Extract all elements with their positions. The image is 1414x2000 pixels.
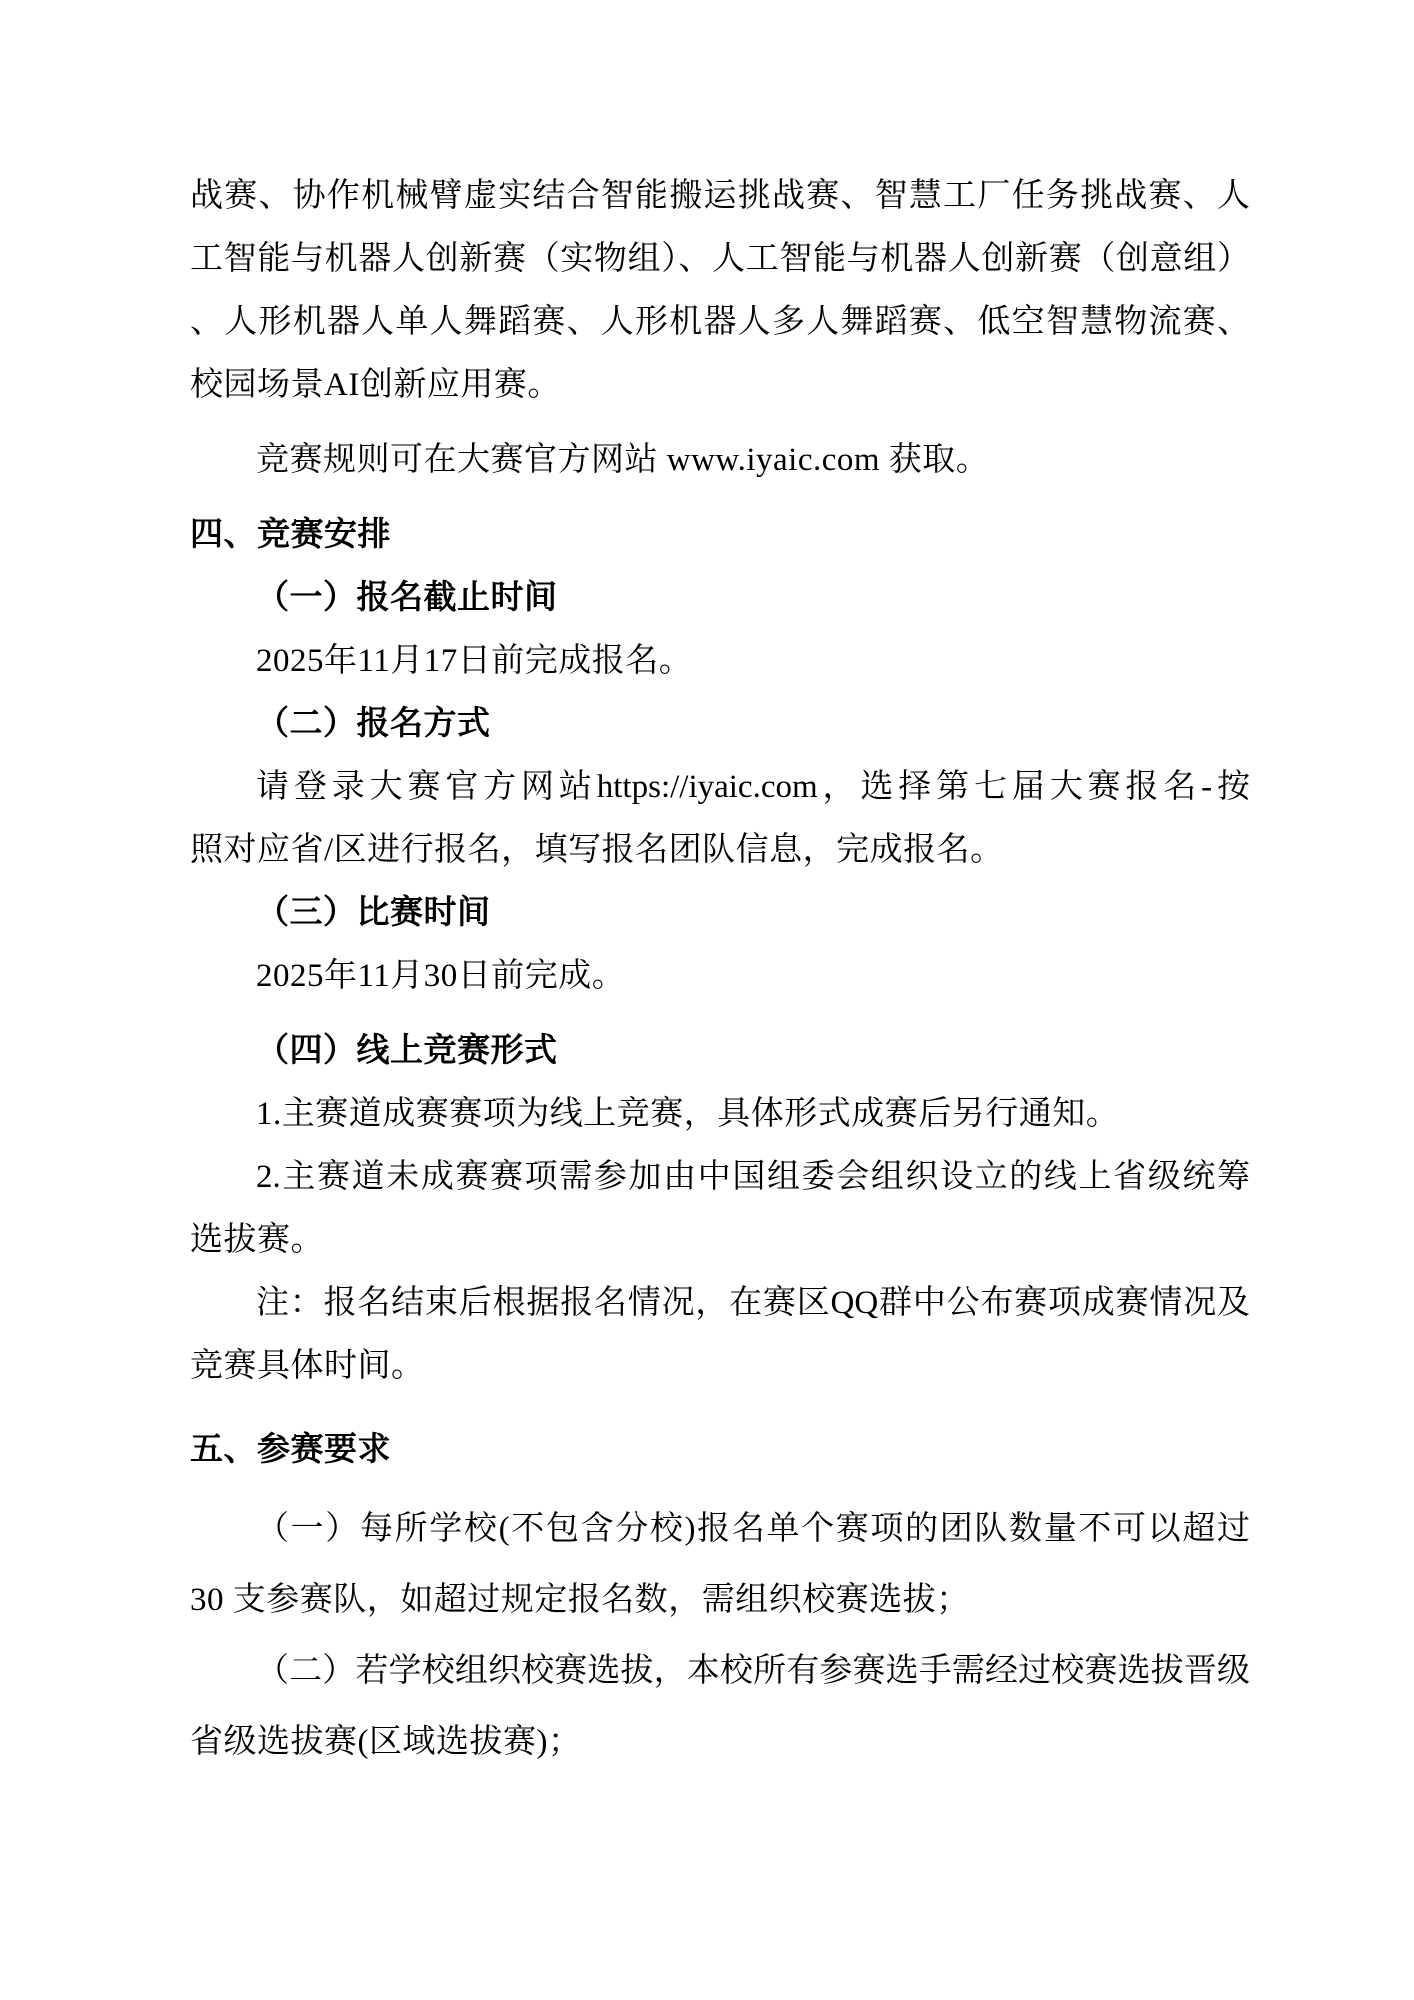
document-line: 1.主赛道成赛赛项为线上竞赛，具体形式成赛后另行通知。	[190, 1083, 1250, 1146]
section-subheading: （四）线上竞赛形式	[190, 1020, 1250, 1083]
document-line: 竞赛规则可在大赛官方网站 www.iyaic.com 获取。	[190, 429, 1250, 492]
document-line: （一）每所学校(不包含分校)报名单个赛项的团队数量不可以超过	[190, 1494, 1250, 1565]
document-line: 30 支参赛队，如超过规定报名数，需组织校赛选拔；	[190, 1565, 1250, 1636]
document-line: 选拔赛。	[190, 1209, 1250, 1272]
section-heading: 五、参赛要求	[190, 1419, 1250, 1482]
document-line: 战赛、协作机械臂虚实结合智能搬运挑战赛、智慧工厂任务挑战赛、人	[190, 165, 1250, 228]
section-subheading: （一）报名截止时间	[190, 567, 1250, 630]
document-page: 战赛、协作机械臂虚实结合智能搬运挑战赛、智慧工厂任务挑战赛、人工智能与机器人创新…	[0, 0, 1414, 2000]
document-line: 照对应省/区进行报名，填写报名团队信息，完成报名。	[190, 819, 1250, 882]
document-line: 、人形机器人单人舞蹈赛、人形机器人多人舞蹈赛、低空智慧物流赛、	[190, 291, 1250, 354]
document-line: 请登录大赛官方网站https://iyaic.com，选择第七届大赛报名-按	[190, 756, 1250, 819]
section-subheading: （三）比赛时间	[190, 882, 1250, 945]
section-subheading: （二）报名方式	[190, 693, 1250, 756]
document-line: 校园场景AI创新应用赛。	[190, 354, 1250, 417]
document-line: 2025年11月30日前完成。	[190, 945, 1250, 1008]
section-heading: 四、竞赛安排	[190, 504, 1250, 567]
document-line: 注：报名结束后根据报名情况，在赛区QQ群中公布赛项成赛情况及	[190, 1272, 1250, 1335]
document-line: （二）若学校组织校赛选拔，本校所有参赛选手需经过校赛选拔晋级	[190, 1636, 1250, 1707]
document-line: 2.主赛道未成赛赛项需参加由中国组委会组织设立的线上省级统筹	[190, 1146, 1250, 1209]
document-line: 省级选拔赛(区域选拔赛)；	[190, 1707, 1250, 1778]
document-line: 工智能与机器人创新赛（实物组）、人工智能与机器人创新赛（创意组）	[190, 228, 1250, 291]
document-body: 战赛、协作机械臂虚实结合智能搬运挑战赛、智慧工厂任务挑战赛、人工智能与机器人创新…	[190, 165, 1250, 1778]
document-line: 2025年11月17日前完成报名。	[190, 630, 1250, 693]
document-line: 竞赛具体时间。	[190, 1335, 1250, 1398]
